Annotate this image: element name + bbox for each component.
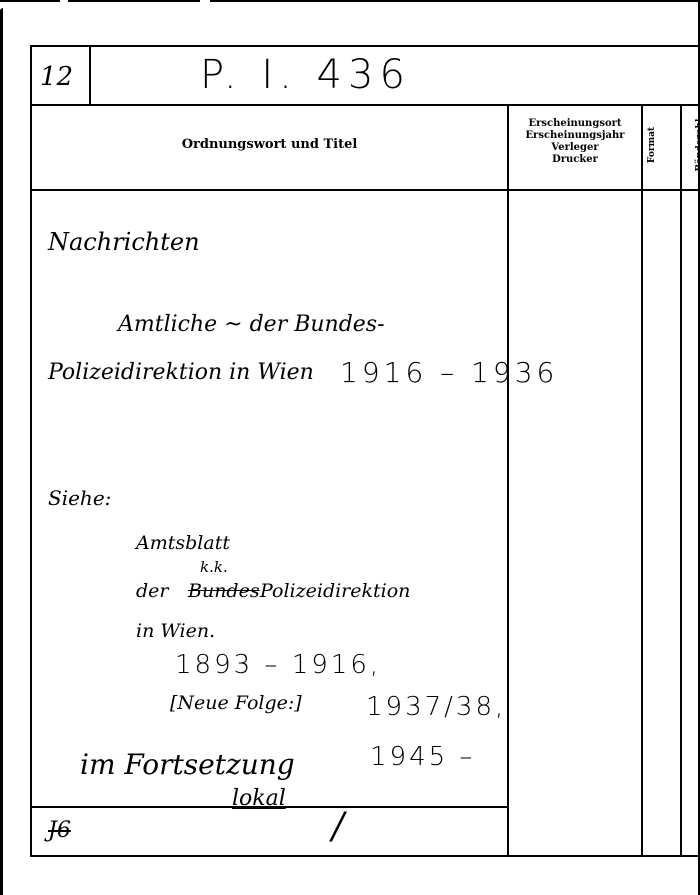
call-number: P. I. 436	[200, 52, 411, 98]
see-ref-years2: 1937/38,	[366, 692, 506, 722]
volumes-column-divider	[680, 104, 682, 857]
header-row-divider	[30, 189, 700, 191]
see-label: Siehe:	[48, 486, 111, 510]
see-ref-struck-word: Bundes	[188, 580, 260, 602]
see-ref-insertion: k.k.	[200, 558, 228, 576]
pen-flourish: /	[332, 806, 344, 847]
volumes-column-header: Bändezahl	[695, 115, 700, 175]
cataloger-signature: J6	[48, 818, 71, 843]
format-column-header: Format	[647, 115, 657, 175]
scan-edge-left	[0, 8, 3, 895]
card-top-border	[30, 45, 700, 47]
scan-edge-top	[0, 0, 700, 2]
card-bottom-border	[30, 855, 700, 857]
card-left-border	[30, 45, 32, 857]
publication-column-header: Erscheinungsort Erscheinungsjahr Verlege…	[509, 118, 641, 166]
publication-header-place: Erscheinungsort	[509, 118, 641, 130]
publication-header-year: Erscheinungsjahr	[509, 130, 641, 142]
see-ref-line3: in Wien.	[136, 620, 215, 642]
see-ref-line1: Amtsblatt	[136, 532, 230, 554]
format-column-divider	[641, 104, 643, 857]
see-ref-line2: Polizeidirektion	[260, 580, 410, 602]
entry-title-line1: Amtliche ~ der Bundes-	[118, 312, 385, 337]
entry-heading: Nachrichten	[48, 228, 200, 256]
title-column-header: Ordnungswort und Titel	[32, 137, 507, 152]
continuation-location-note: lokal	[232, 786, 286, 811]
corner-mark: 12	[40, 62, 73, 92]
see-ref-der: der	[136, 580, 169, 602]
continuation-note: im Fortsetzung	[80, 748, 295, 781]
entry-title-line2: Polizeidirektion in Wien	[48, 360, 314, 385]
entry-title-years: 1916 – 1936	[340, 356, 558, 389]
continuation-years: 1945 –	[370, 742, 475, 772]
see-ref-years1: 1893 – 1916,	[175, 650, 381, 680]
publication-header-printer: Drucker	[509, 154, 641, 166]
see-ref-new-series: [Neue Folge:]	[170, 692, 302, 714]
publication-column-divider	[507, 104, 509, 857]
publication-header-publisher: Verleger	[509, 142, 641, 154]
corner-cell-divider	[89, 45, 91, 106]
call-number-row-divider	[30, 104, 700, 106]
